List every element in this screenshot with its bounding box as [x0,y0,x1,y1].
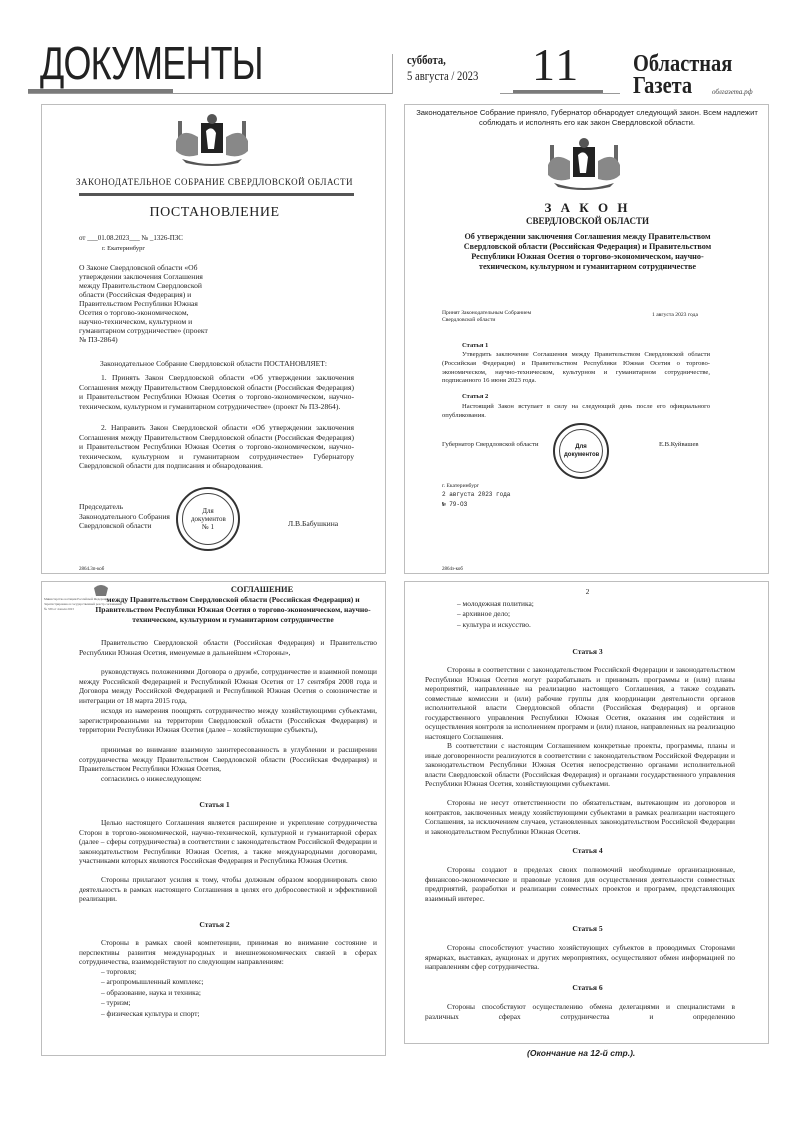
cooperation-areas-list: торговля;агропромышленный комплекс;образ… [101,967,204,1019]
header-rule [28,93,393,94]
document-title: ПОСТАНОВЛЕНИЕ [42,205,387,221]
article-4-para-1: Стороны создают в пределах своих полномо… [425,865,735,903]
page-number: 11 [532,42,580,88]
article-3-title: Статья 3 [405,647,770,657]
article-2-title: Статья 2 [462,392,488,402]
list-item: культура и искусство. [457,620,534,630]
list-item: туризм; [101,998,204,1008]
list-item: образование, наука и техника; [101,988,204,998]
cooperation-areas-list: молодежная политика;архивное дело;культу… [457,599,534,630]
article-5-title: Статья 5 [405,924,770,934]
header-divider [392,54,393,94]
law-subject: Об утверждении заключения Соглашения меж… [460,232,715,272]
adopted-date: 1 августа 2023 года [652,310,698,320]
agreement-para-3: исходя из намерения поощрять сотрудничес… [79,706,377,735]
coat-of-arms-icon [542,135,626,191]
page-number-rule [500,93,620,94]
article-3-para-3: Стороны не несут ответственности по обяз… [425,798,735,836]
resolution-subject: О Законе Свердловской области «Об утверж… [79,263,209,344]
list-item: молодежная политика; [457,599,534,609]
document-agreement-page-1: СОГЛАШЕНИЕ между Правительством Свердлов… [41,581,386,1056]
law-number: № 79-ОЗ [442,500,467,510]
article-2-para-1: Стороны в рамках своей компетенции, прин… [79,938,377,967]
newspaper-logo-line2: Газета [633,74,692,98]
title-rule [79,193,354,196]
sign-date: 2 августа 2023 года [442,490,510,500]
signer-name: Л.В.Бабушкина [288,519,338,529]
governor-title: Губернатор Свердловской области [442,440,539,450]
official-seal: Для документов № 1 [176,487,240,551]
document-law: Законодательное Собрание приняло, Губерн… [404,104,769,574]
agreement-title: СОГЛАШЕНИЕ [142,585,382,595]
list-item: торговля; [101,967,204,977]
law-subtitle: СВЕРДЛОВСКОЙ ОБЛАСТИ [405,216,770,226]
coat-of-arms-icon [170,111,254,167]
continuation-note: (Окончание на 12-й стр.). [527,1048,635,1058]
article-6-para-1: Стороны способствуют осуществлению обмен… [425,1002,735,1021]
registration-stamp: Министерство юстиции Российской Федераци… [44,597,124,612]
article-2-text: Настоящий Закон вступает в силу на следу… [442,403,710,421]
article-3-para-2: В соответствии с настоящим Соглашением к… [425,741,735,789]
article-3-para-1: Стороны в соответствии с законодательств… [425,665,735,741]
agreement-para-2: руководствуясь положениями Договора о др… [79,667,377,705]
list-item: физическая культура и спорт; [101,1009,204,1019]
agreement-para-5: согласились о нижеследующем: [101,774,202,784]
issue-weekday: суббота, [407,52,478,68]
adopted-by: Принят Законодательным Собранием Свердло… [442,310,531,324]
issue-date: суббота, 5 августа / 2023 [407,52,478,84]
list-item: агропромышленный комплекс; [101,977,204,987]
article-4-title: Статья 4 [405,846,770,856]
article-1-title: Статья 1 [42,800,387,810]
issuing-body: ЗАКОНОДАТЕЛЬНОЕ СОБРАНИЕ СВЕРДЛОВСКОЙ ОБ… [42,177,387,187]
law-title: З А К О Н [405,200,770,215]
document-agreement-page-2: 2 молодежная политика;архивное дело;куль… [404,581,769,1044]
footer-code: 2864з-коб [442,565,463,575]
article-5-para-1: Стороны способствуют участию хозяйствующ… [425,943,735,972]
article-1-para-1: Целью настоящего Соглашения является рас… [79,818,377,866]
governor-name: Е.В.Куйвашев [659,440,699,450]
resolves-line: Законодательное Собрание Свердловской об… [100,359,327,369]
issue-date-text: 5 августа / 2023 [407,68,478,84]
footer-code: 2864.3п-коб [79,565,104,575]
resolution-item-2: 2. Направить Закон Свердловской области … [79,423,354,471]
resolution-item-1: 1. Принять Закон Свердловской области «О… [79,373,354,411]
section-title: ДОКУМЕНТЫ [40,38,263,88]
article-6-title: Статья 6 [405,983,770,993]
official-seal: Для документов [553,423,609,479]
law-preamble: Законодательное Собрание приняло, Губерн… [411,108,763,127]
city: г. Екатеринбург [102,244,145,254]
resolution-number: от ___01.08.2023___ № _1326-ПЗС [79,233,183,243]
article-1-text: Утвердить заключение Соглашения между Пр… [442,351,710,386]
list-item: архивное дело; [457,609,534,619]
agreement-subtitle: между Правительством Свердловской област… [84,595,382,625]
page-number: 2 [405,587,770,597]
agreement-para-4: принимая во внимание взаимную заинтересо… [79,745,377,774]
article-1-title: Статья 1 [462,341,488,351]
agreement-para-1: Правительство Свердловской области (Росс… [79,638,377,657]
article-1-para-2: Стороны прилагают усилия к тому, чтобы д… [79,875,377,904]
article-2-title: Статья 2 [42,920,387,930]
document-resolution: ЗАКОНОДАТЕЛЬНОЕ СОБРАНИЕ СВЕРДЛОВСКОЙ ОБ… [41,104,386,574]
newspaper-site: облгазета.рф [712,88,753,96]
